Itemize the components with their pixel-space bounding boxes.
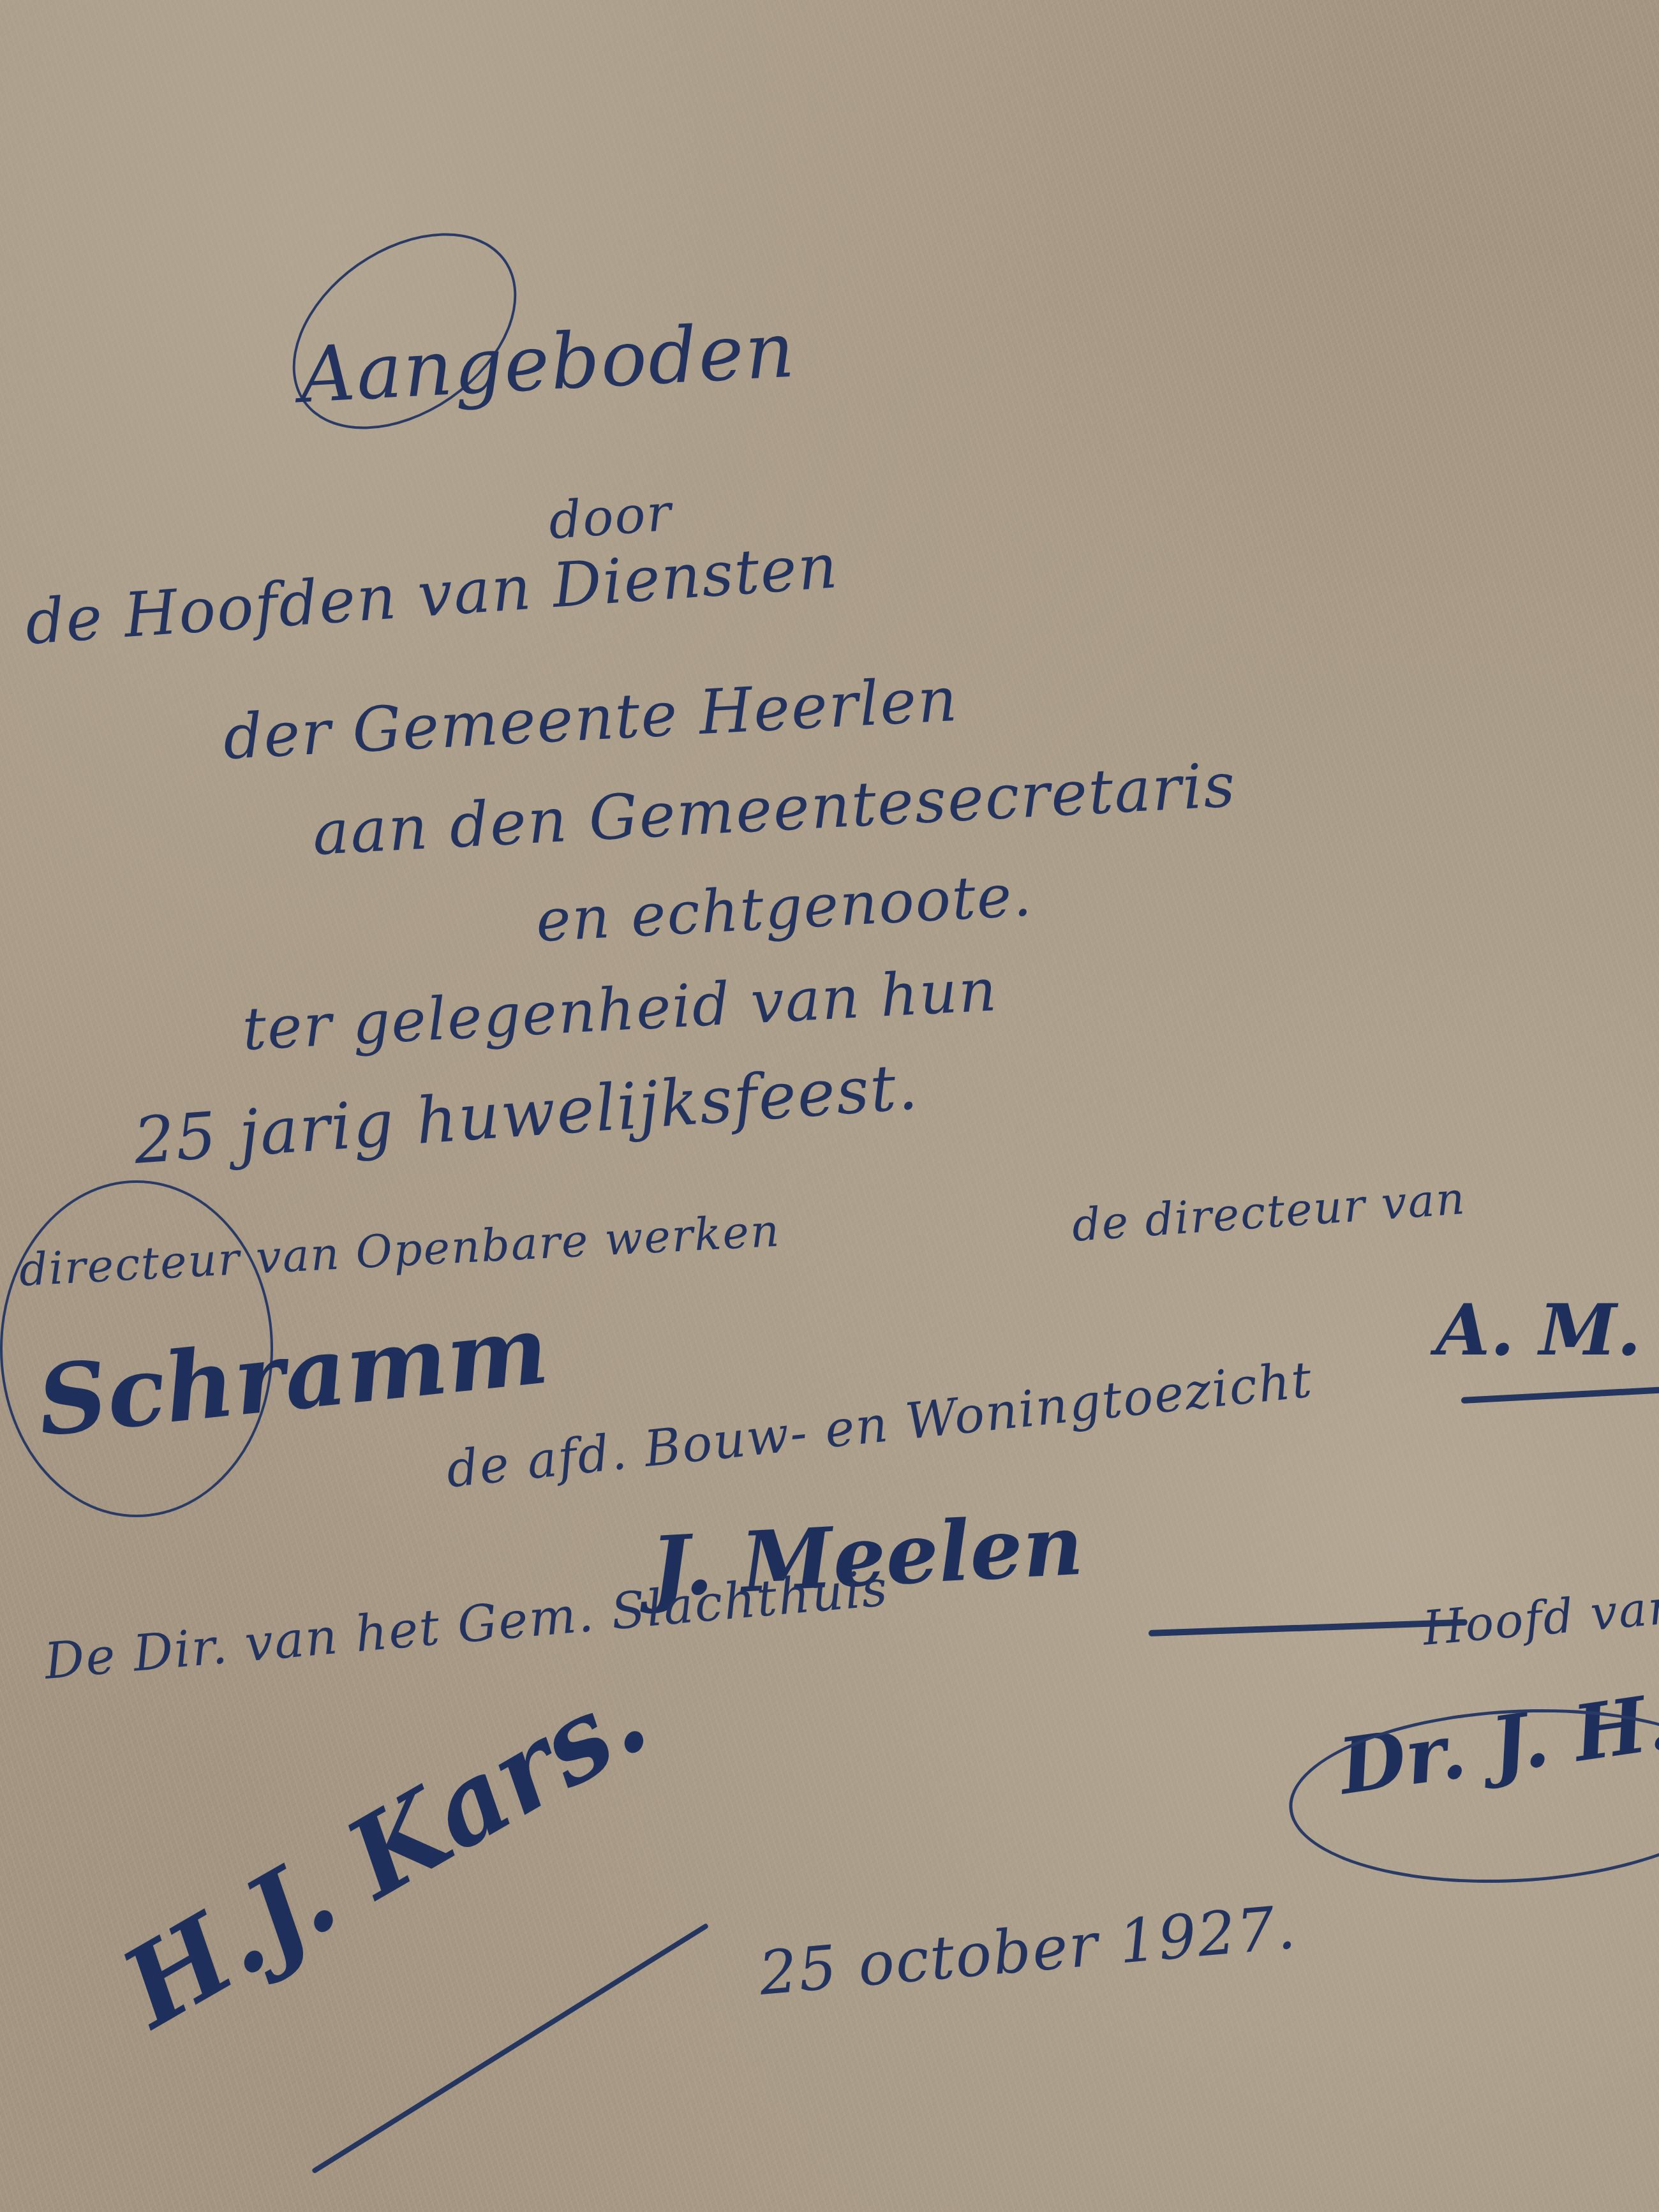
signature-underline	[1461, 1386, 1659, 1404]
handwritten-card: Aangeboden door de Hoofden van Diensten …	[0, 0, 1659, 2212]
body-line: en echtgenoote.	[534, 861, 1034, 955]
body-line: ter gelegenheid van hun	[241, 956, 999, 1064]
signatory-role: Hoofd van ...	[1420, 1573, 1659, 1656]
signature: H.J. Kars.	[102, 1652, 667, 2052]
by-line: door	[547, 483, 674, 551]
body-line: 25 jarig huwelijksfeest.	[131, 1049, 921, 1178]
signatory-role: De Dir. van het Gem. Slachthuis	[42, 1560, 891, 1691]
signature-underline	[311, 1923, 709, 2174]
body-line: der Gemeente Heerlen	[221, 664, 960, 773]
signatory-role: de afd. Bouw- en Woningtoezicht	[443, 1351, 1315, 1499]
body-line: de Hoofden van Diensten	[23, 530, 841, 658]
date: 25 october 1927.	[756, 1893, 1299, 2009]
signatory-role: de directeur van	[1070, 1172, 1468, 1252]
signature: A. M. ...	[1436, 1289, 1659, 1371]
signature-stroke	[1149, 1619, 1468, 1637]
body-line: aan den Gemeentesecretaris	[311, 749, 1238, 869]
